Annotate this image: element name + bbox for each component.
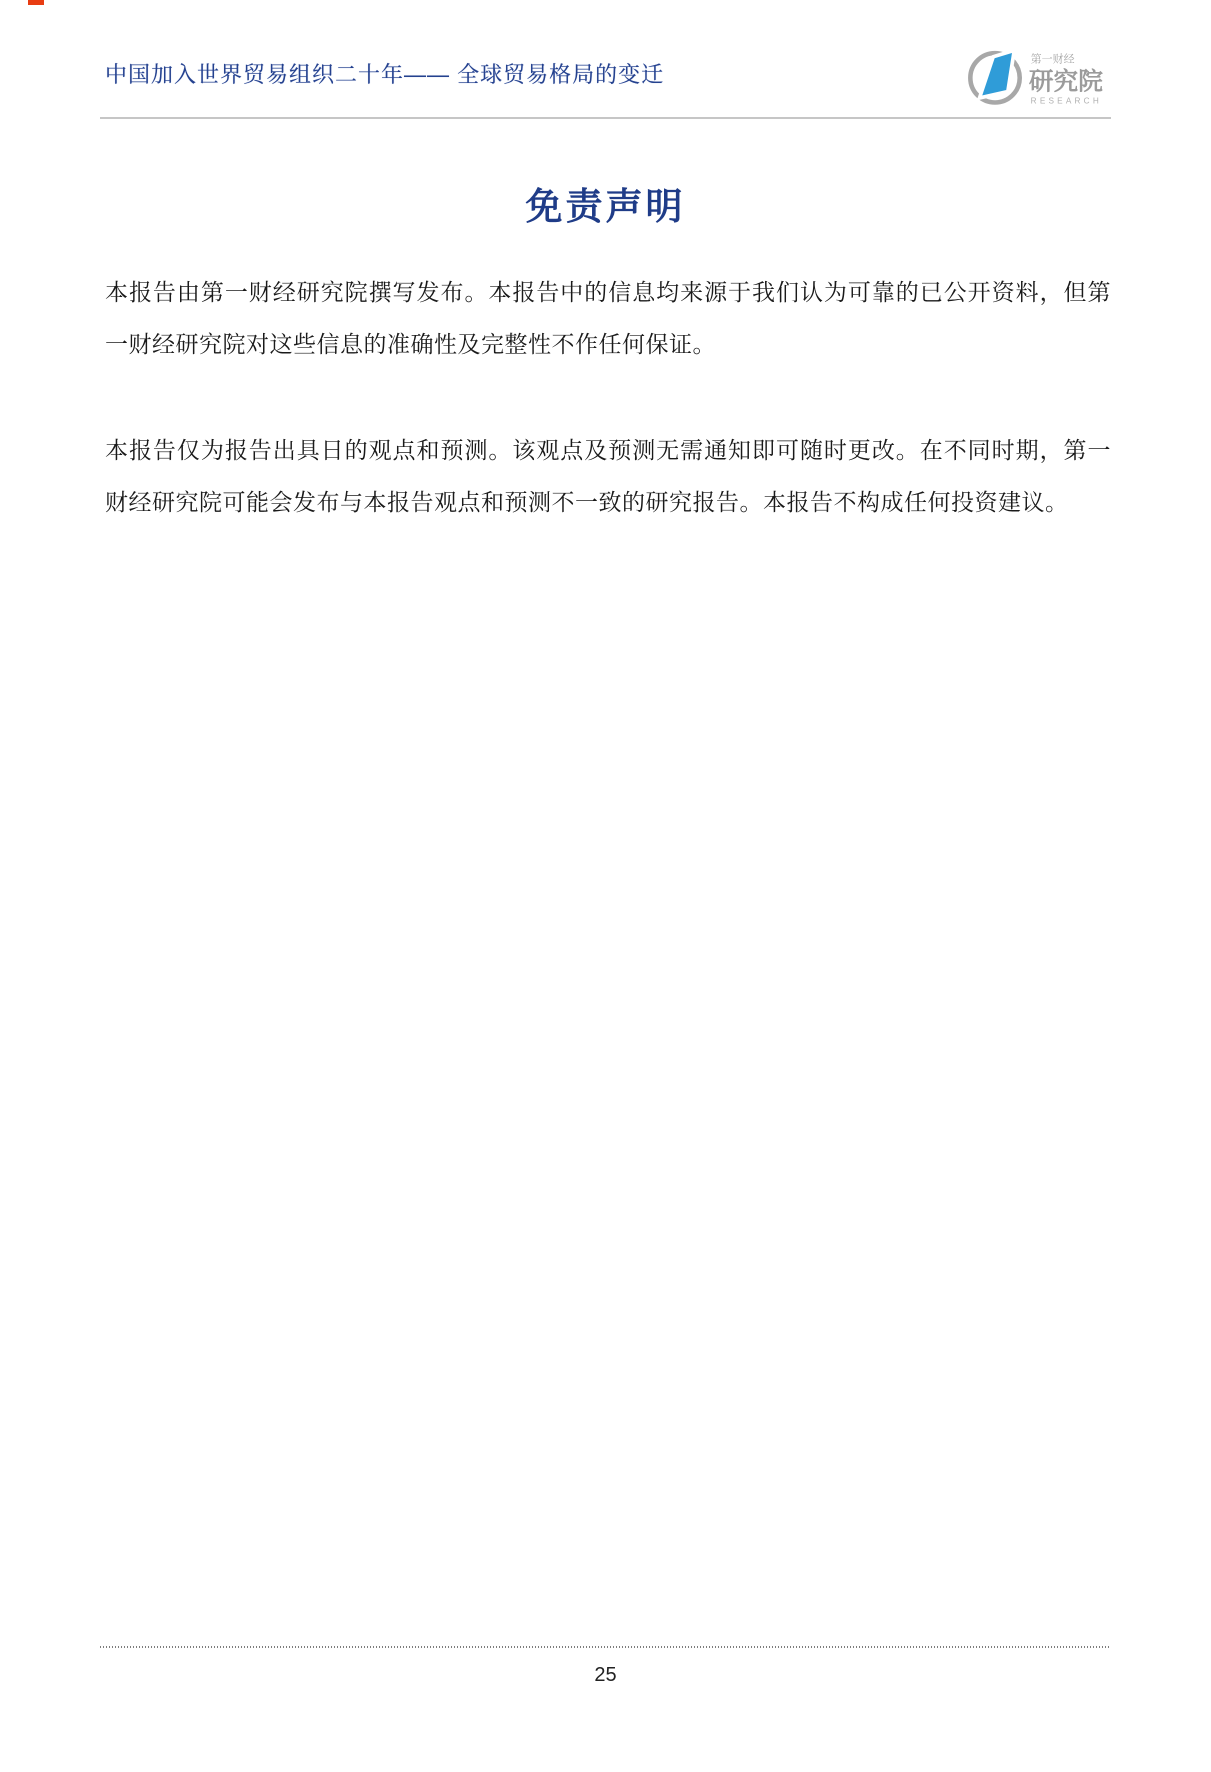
logo-text-brand: 第一财经 [1031, 51, 1075, 65]
yicai-research-logo-icon: 第一财经 研究院 RESEARCH [963, 44, 1113, 108]
disclaimer-paragraph-2: 本报告仅为报告出具日的观点和预测。该观点及预测无需通知即可随时更改。在不同时期，… [105, 424, 1111, 528]
print-crop-mark [28, 0, 44, 5]
logo-text-research: RESEARCH [1031, 96, 1102, 105]
report-page: 中国加入世界贸易组织二十年—— 全球贸易格局的变迁 第一财经 研究院 RESEA… [0, 0, 1211, 1772]
page-header: 中国加入世界贸易组织二十年—— 全球贸易格局的变迁 第一财经 研究院 RESEA… [105, 44, 1113, 108]
disclaimer-title: 免责声明 [0, 176, 1211, 230]
logo-text-institute: 研究院 [1029, 67, 1103, 96]
header-divider-line [100, 117, 1111, 119]
page-number: 25 [0, 1664, 1211, 1687]
disclaimer-paragraph-1: 本报告由第一财经研究院撰写发布。本报告中的信息均来源于我们认为可靠的已公开资料，… [105, 266, 1111, 370]
report-running-title: 中国加入世界贸易组织二十年—— 全球贸易格局的变迁 [105, 44, 664, 89]
footer-dotted-divider [100, 1646, 1111, 1648]
